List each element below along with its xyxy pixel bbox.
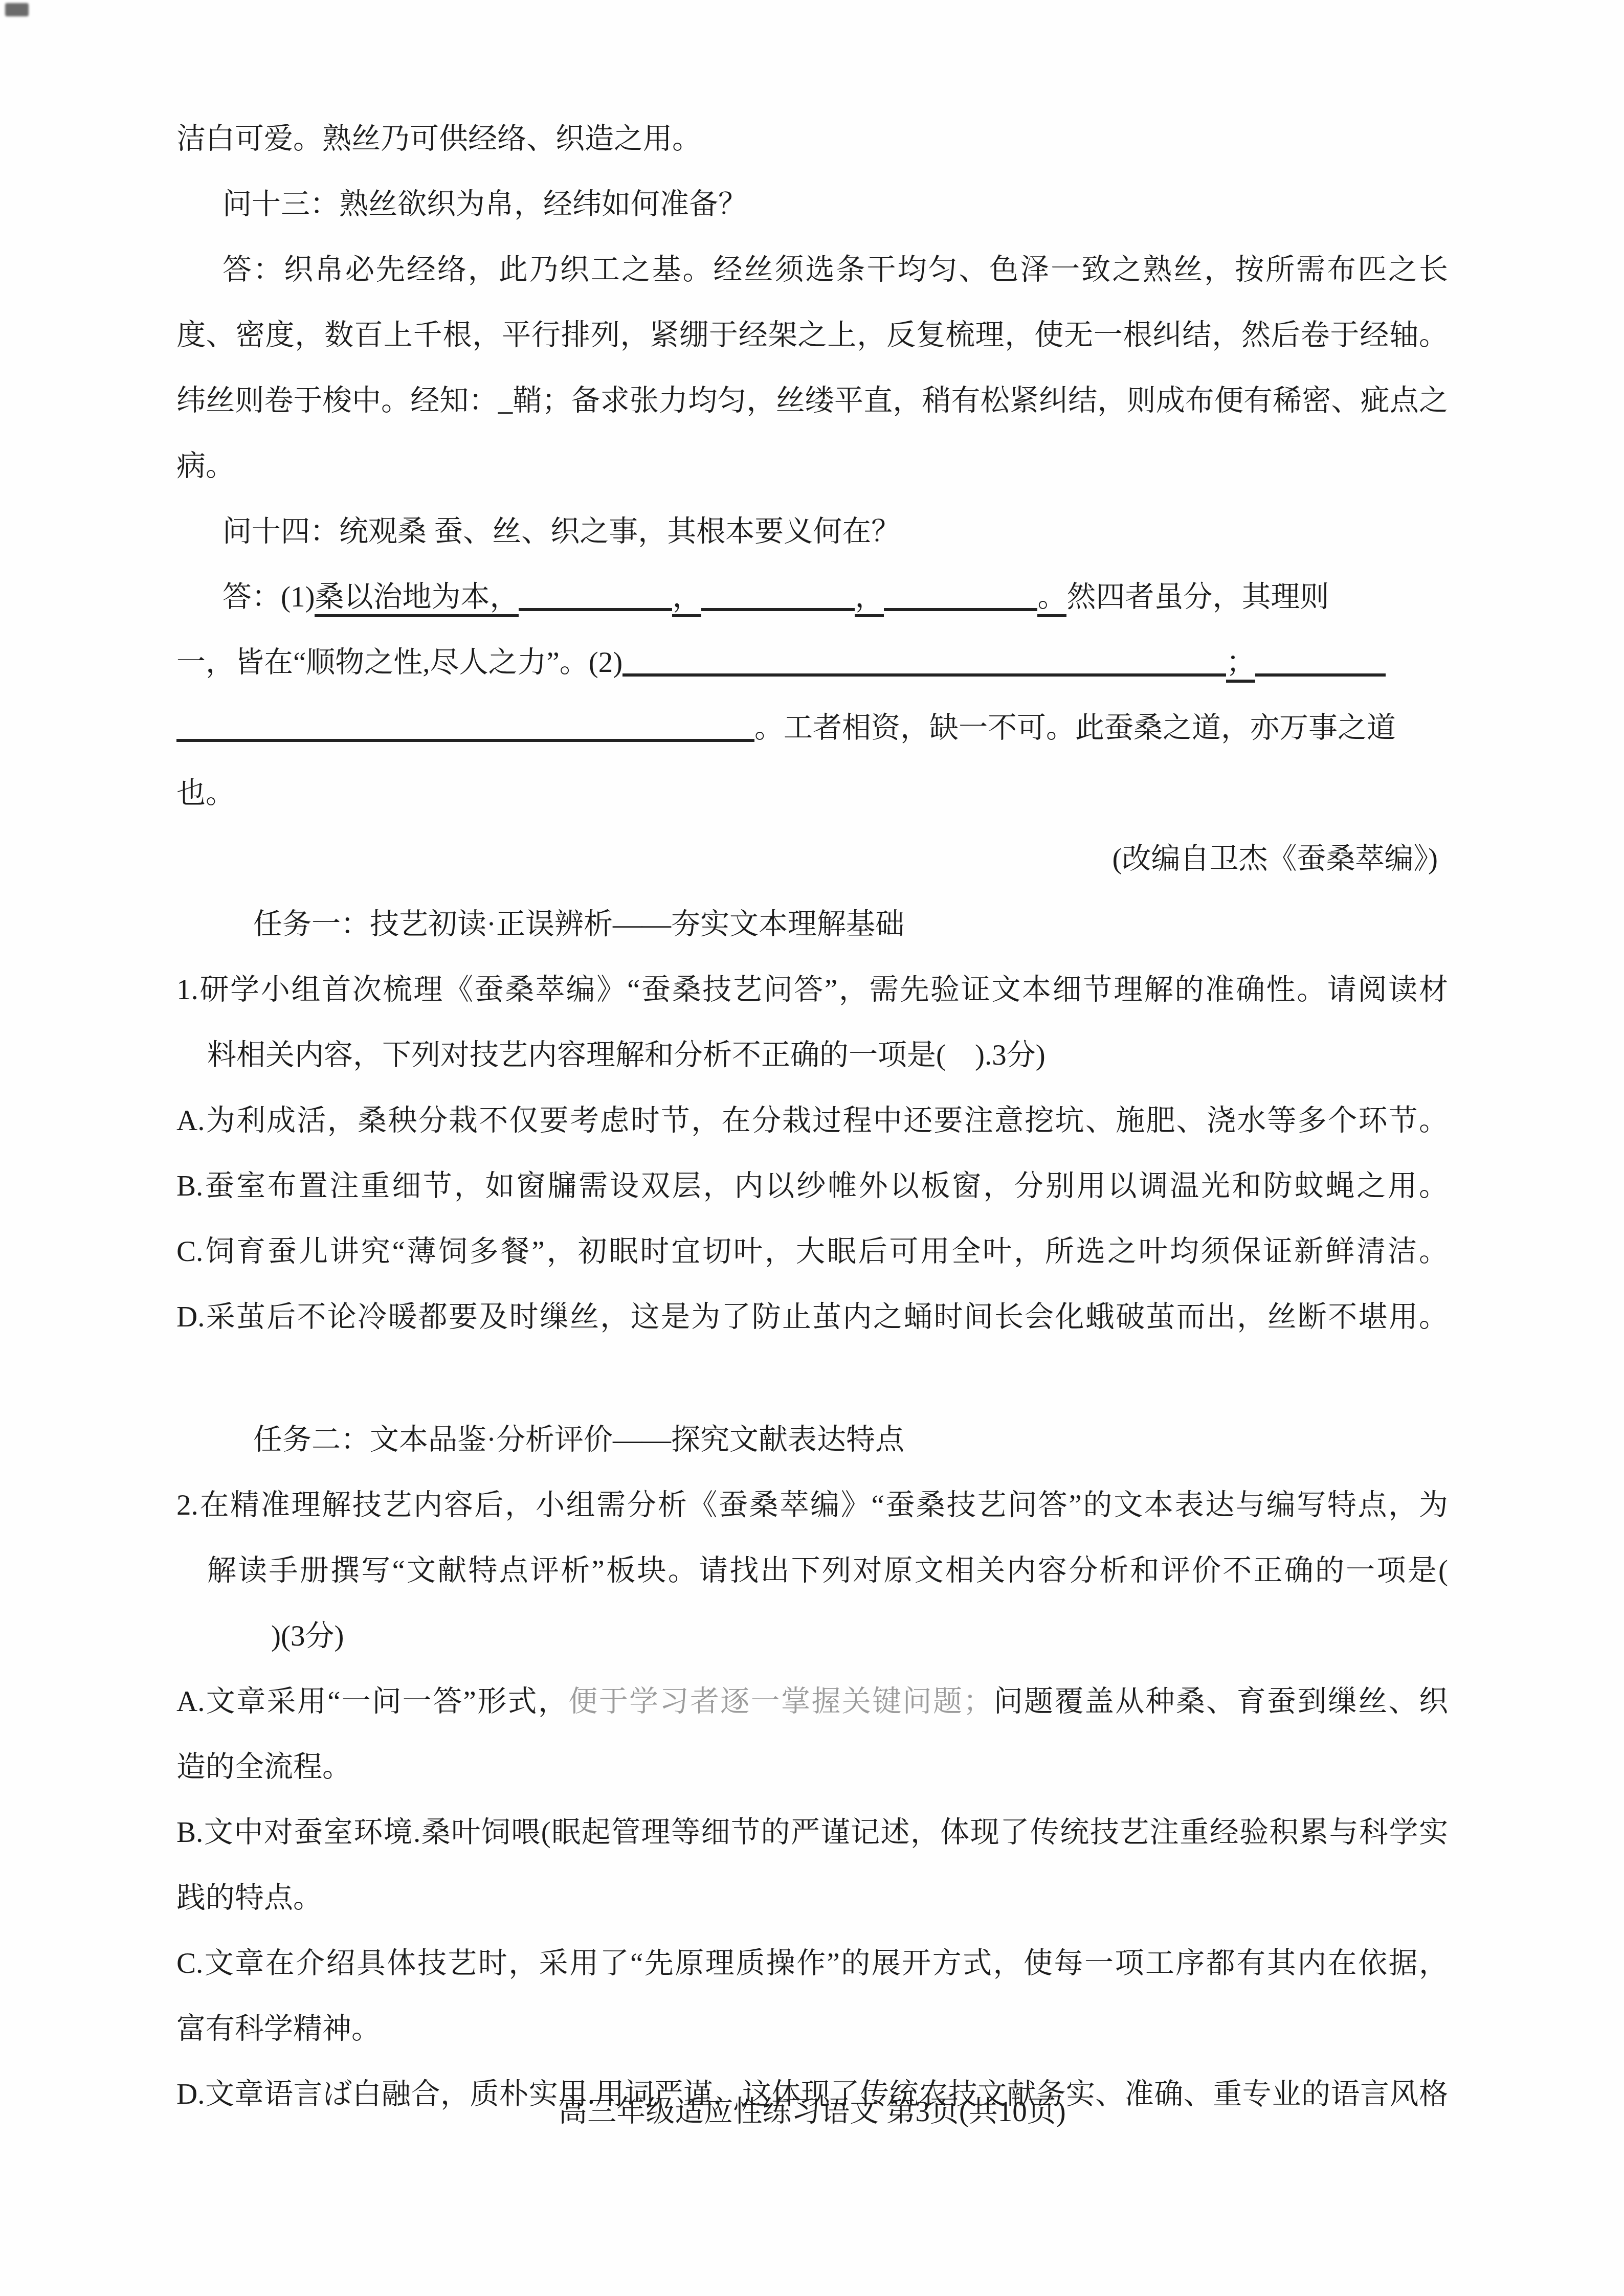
text-segment: (改编自卫杰《蚕桑萃编》): [1113, 843, 1438, 875]
faded-text-segment: 便于学习者逐一掌握关键问题；: [568, 1685, 992, 1718]
option-2-C-line-1: C.文章在介绍具体技艺时，采用了“先原理质操作”的展开方式，使每一项工序都有其内…: [176, 1931, 1448, 1996]
text-segment: 任务二：文本品鉴·分析评价——探究文献表达特点: [253, 1424, 904, 1456]
scan-smudge-artifact: [5, 3, 29, 16]
exam-page: 洁白可爱。熟丝乃可供经络、织造之用。问十三：熟丝欲织为帛，经纬如何准备？答：织帛…: [0, 0, 1624, 2296]
option-2-C-line-2: 富有科学精神。: [176, 1996, 1448, 2062]
answer-blank: ；: [1226, 646, 1255, 683]
text-segment: 一，皆在“顺物之性,尽人之力”。(2): [176, 646, 622, 679]
question-2-line-3: )(3分): [176, 1604, 1448, 1669]
body-line-silk-intro: 洁白可爱。熟丝乃可供经络、织造之用。: [176, 106, 1448, 172]
answer-13-line-1: 答：织帛必先经络，此乃织工之基。经丝须选条干均匀、色泽一致之熟丝，按所需布匹之长: [176, 237, 1448, 303]
text-segment: 任务一：技艺初读·正误辨析——夯实文本理解基础: [253, 908, 904, 940]
text-segment: D.采茧后不论冷暖都要及时缫丝，这是为了防止茧内之蛹时间长会化蛾破茧而出，丝断不…: [176, 1301, 1448, 1333]
question-1-line-2: 料相关内容，下列对技艺内容理解和分析不正确的一项是( ).3分): [176, 1023, 1448, 1088]
document-body: 洁白可爱。熟丝乃可供经络、织造之用。问十三：熟丝欲织为帛，经纬如何准备？答：织帛…: [176, 106, 1448, 2127]
task-1-heading: 任务一：技艺初读·正误辨析——夯实文本理解基础: [176, 892, 1448, 957]
answer-blank: [622, 644, 1226, 677]
text-segment: B.蚕室布置注重细节，如窗牖需设双层，内以纱帷外以板窗，分别用以调温光和防蚊蝇之…: [176, 1170, 1448, 1202]
option-2-A-line-2: 造的全流程。: [176, 1735, 1448, 1800]
answer-13-line-2: 度、密度，数百上千根，平行排列，紧绷于经架之上，反复梳理，使无一根纠结，然后卷于…: [176, 303, 1448, 368]
answer-13-line-3: 纬丝则卷于梭中。经知：_鞘；备求张力均匀，丝缕平直，稍有松紧纠结，则成布便有稀密…: [176, 368, 1448, 434]
question-14: 问十四：统观桑 蚕、丝、织之事，其根本要义何在？: [176, 499, 1448, 565]
answer-blank: ，: [672, 581, 701, 617]
text-segment: 富有科学精神。: [176, 2013, 381, 2045]
option-2-A-line-1: A.文章采用“一问一答”形式，便于学习者逐一掌握关键问题；问题覆盖从种桑、育蚕到…: [176, 1669, 1448, 1735]
text-segment: C.文章在介绍具体技艺时，采用了“先原理质操作”的展开方式，使每一项工序都有其内…: [176, 1947, 1448, 1979]
answer-blank: 。: [1037, 581, 1066, 617]
option-2-B-line-2: 践的特点。: [176, 1865, 1448, 1931]
question-2-line-1: 2.在精准理解技艺内容后，小组需分析《蚕桑萃编》“蚕桑技艺问答”的文本表达与编写…: [176, 1473, 1448, 1538]
answer-14-line-2: 一，皆在“顺物之性,尽人之力”。(2)；: [176, 630, 1448, 695]
option-1-C: C.饲育蚕儿讲究“薄饲多餐”，初眠时宜切叶，大眠后可用全叶，所选之叶均须保证新鲜…: [176, 1219, 1448, 1285]
page-footer: 高三年级适应性练习语文 第3页(共10页): [0, 2079, 1624, 2145]
text-segment: 然四者虽分，其理则: [1066, 581, 1329, 613]
task-2-heading: 任务二：文本品鉴·分析评价——探究文献表达特点: [176, 1407, 1448, 1473]
option-1-B: B.蚕室布置注重细节，如窗牖需设双层，内以纱帷外以板窗，分别用以调温光和防蚊蝇之…: [176, 1154, 1448, 1219]
text-segment: 度、密度，数百上千根，平行排列，紧绷于经架之上，反复梳理，使无一根纠结，然后卷于…: [176, 319, 1448, 351]
answer-14-line-1: 答：(1)桑以治地为本，，，。然四者虽分，其理则: [176, 565, 1448, 630]
text-segment: 2.在精准理解技艺内容后，小组需分析《蚕桑萃编》“蚕桑技艺问答”的文本表达与编写…: [176, 1489, 1448, 1521]
text-segment: 纬丝则卷于梭中。经知：_鞘；备求张力均匀，丝缕平直，稍有松紧纠结，则成布便有稀密…: [176, 385, 1448, 417]
text-segment: 洁白可爱。熟丝乃可供经络、织造之用。: [176, 123, 701, 155]
answer-blank: ，: [855, 581, 884, 617]
text-segment: 答：(1): [223, 581, 315, 613]
option-2-B-line-1: B.文中对蚕室环境.桑叶饲喂(眠起管理等细节的严谨记述，体现了传统技艺注重经验积…: [176, 1800, 1448, 1865]
source-attribution: (改编自卫杰《蚕桑萃编》): [176, 826, 1448, 892]
text-segment: A.文章采用“一问一答”形式，: [176, 1685, 568, 1718]
answer-blank: [701, 579, 855, 611]
text-segment: 病。: [176, 450, 235, 482]
text-segment: 1.研学小组首次梳理《蚕桑萃编》“蚕桑技艺问答”，需先验证文本细节理解的准确性。…: [176, 974, 1448, 1006]
text-segment: B.文中对蚕室环境.桑叶饲喂(眠起管理等细节的严谨记述，体现了传统技艺注重经验积…: [176, 1816, 1448, 1849]
text-segment: 造的全流程。: [176, 1751, 351, 1783]
option-1-D: D.采茧后不论冷暖都要及时缫丝，这是为了防止茧内之蛹时间长会化蛾破茧而出，丝断不…: [176, 1285, 1448, 1350]
text-segment: C.饲育蚕儿讲究“薄饲多餐”，初眠时宜切叶，大眠后可用全叶，所选之叶均须保证新鲜…: [176, 1235, 1448, 1268]
option-1-A: A.为利成活，桑秧分栽不仅要考虑时节，在分栽过程中还要注意挖坑、施肥、浇水等多个…: [176, 1088, 1448, 1154]
text-segment: 问题覆盖从种桑、育蚕到缫丝、织: [992, 1685, 1448, 1718]
answer-blank: [1255, 644, 1386, 677]
answer-blank: [884, 579, 1037, 611]
text-segment: 问十三：熟丝欲织为帛，经纬如何准备？: [223, 188, 747, 220]
question-13: 问十三：熟丝欲织为帛，经纬如何准备？: [176, 172, 1448, 237]
question-1-line-1: 1.研学小组首次梳理《蚕桑萃编》“蚕桑技艺问答”，需先验证文本细节理解的准确性。…: [176, 957, 1448, 1023]
answer-14-line-3: 。工者相资，缺一不可。此蚕桑之道，亦万事之道也。: [176, 695, 1448, 826]
answer-13-line-4: 病。: [176, 434, 1448, 499]
text-segment: 践的特点。: [176, 1882, 322, 1914]
text-segment: 解读手册撰写“文献特点评析”板块。请找出下列对原文相关内容分析和评价不正确的一项…: [207, 1555, 1448, 1587]
answer-blank: 桑以治地为本，: [315, 581, 519, 617]
text-segment: A.为利成活，桑秧分栽不仅要考虑时节，在分栽过程中还要注意挖坑、施肥、浇水等多个…: [176, 1105, 1448, 1137]
text-segment: 问十四：统观桑 蚕、丝、织之事，其根本要义何在？: [223, 515, 900, 548]
text-segment: 答：织帛必先经络，此乃织工之基。经丝须选条干均匀、色泽一致之熟丝，按所需布匹之长: [223, 254, 1448, 286]
text-segment: )(3分): [271, 1620, 344, 1652]
answer-blank: [176, 710, 754, 742]
question-2-line-2: 解读手册撰写“文献特点评析”板块。请找出下列对原文相关内容分析和评价不正确的一项…: [176, 1538, 1448, 1604]
answer-blank: [519, 579, 672, 611]
text-segment: 料相关内容，下列对技艺内容理解和分析不正确的一项是( ).3分): [207, 1039, 1045, 1071]
